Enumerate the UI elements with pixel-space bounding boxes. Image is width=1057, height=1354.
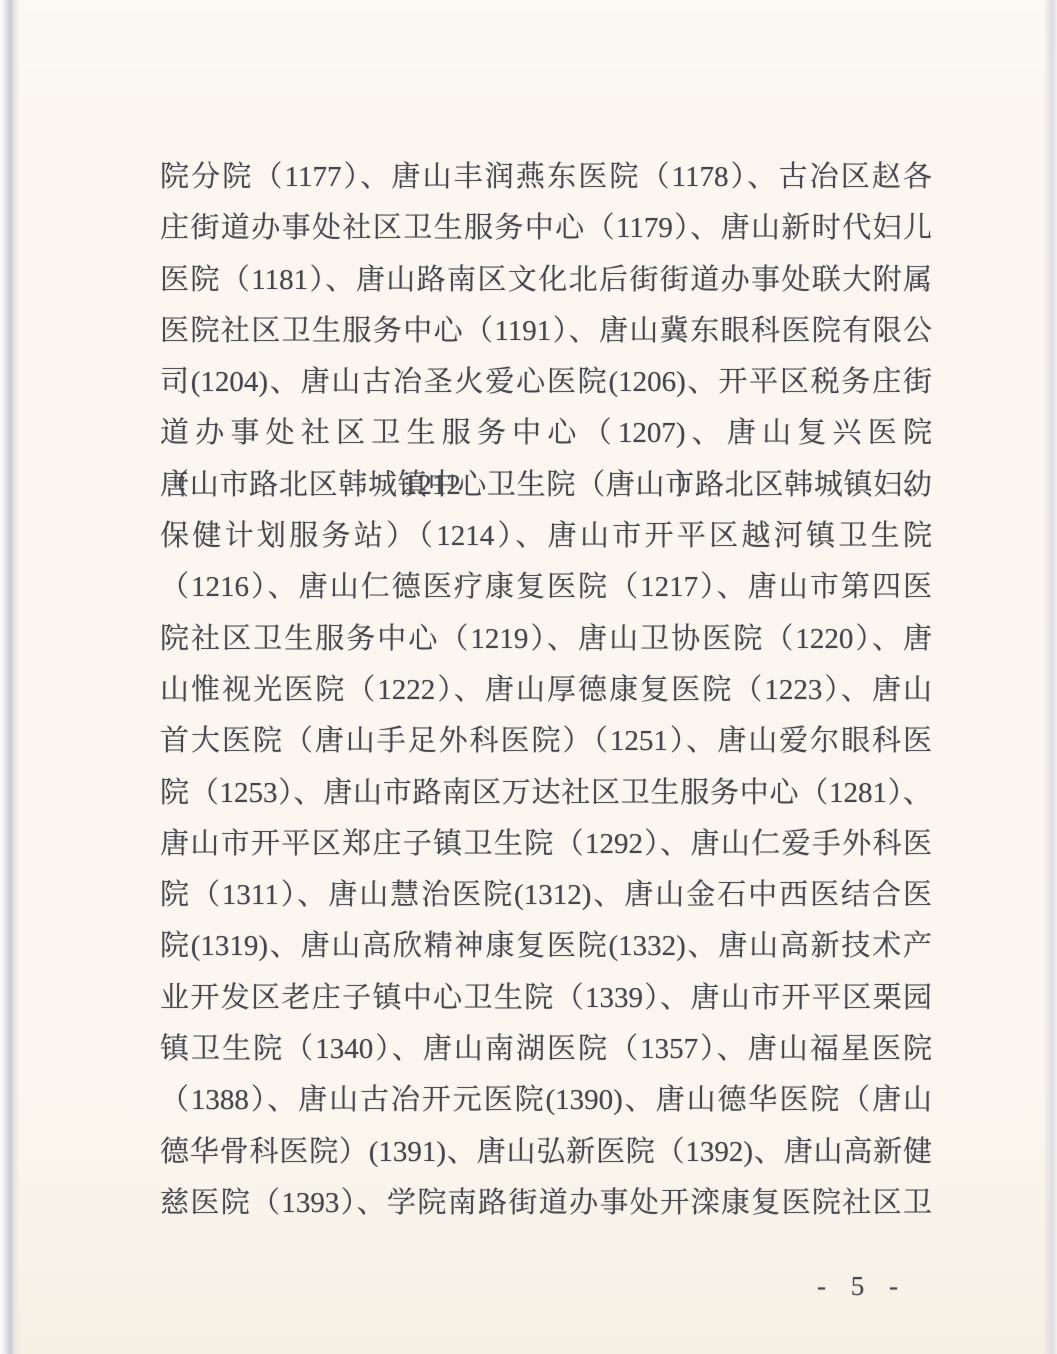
document-line: 院(1319)、唐山高欣精神康复医院(1332)、唐山高新技术产 <box>160 921 932 972</box>
document-line: 山惟视光医院（1222）、唐山厚德康复医院（1223）、唐山 <box>160 665 932 716</box>
document-line: 唐山市开平区郑庄子镇卫生院（1292）、唐山仁爱手外科医 <box>160 819 932 870</box>
document-line: 院（1253）、唐山市路南区万达社区卫生服务中心（1281）、 <box>160 768 932 819</box>
document-line: 业开发区老庄子镇中心卫生院（1339）、唐山市开平区栗园 <box>160 973 932 1024</box>
document-line: 院社区卫生服务中心（1219）、唐山卫协医院（1220）、唐 <box>160 614 932 665</box>
document-body-text: 院分院（1177）、唐山丰润燕东医院（1178）、古冶区赵各 庄街道办事处社区卫… <box>160 152 932 1229</box>
scan-edge-left <box>0 0 20 1354</box>
document-line: 保健计划服务站）（1214）、唐山市开平区越河镇卫生院 <box>160 511 932 562</box>
page-number: - 5 - <box>817 1271 907 1302</box>
scan-edge-right <box>1043 0 1057 1354</box>
document-line: 慈医院（1393）、学院南路街道办事处开滦康复医院社区卫 <box>160 1178 932 1229</box>
document-line: （1388）、唐山古冶开元医院(1390)、唐山德华医院（唐山 <box>160 1075 932 1126</box>
document-line: 首大医院（唐山手足外科医院）（1251）、唐山爱尔眼科医 <box>160 716 932 767</box>
document-line: 德华骨科医院）(1391)、唐山弘新医院（1392)、唐山高新健 <box>160 1127 932 1178</box>
document-line: 镇卫生院（1340）、唐山南湖医院（1357）、唐山福星医院 <box>160 1024 932 1075</box>
document-line: 道办事处社区卫生服务中心（1207)、唐山复兴医院（1212）、 <box>160 408 932 459</box>
document-line: 唐山市路北区韩城镇中心卫生院（唐山市路北区韩城镇妇幼 <box>160 460 932 511</box>
document-line: （1216）、唐山仁德医疗康复医院（1217）、唐山市第四医 <box>160 562 932 613</box>
document-line: 院分院（1177）、唐山丰润燕东医院（1178）、古冶区赵各 <box>160 152 932 203</box>
document-line: 院（1311）、唐山慧治医院(1312)、唐山金石中西医结合医 <box>160 870 932 921</box>
document-line: 庄街道办事处社区卫生服务中心（1179）、唐山新时代妇儿 <box>160 203 932 254</box>
document-line: 司(1204)、唐山古冶圣火爱心医院(1206)、开平区税务庄街 <box>160 357 932 408</box>
document-line: 医院（1181）、唐山路南区文化北后街街道办事处联大附属 <box>160 255 932 306</box>
document-line: 医院社区卫生服务中心（1191）、唐山冀东眼科医院有限公 <box>160 306 932 357</box>
